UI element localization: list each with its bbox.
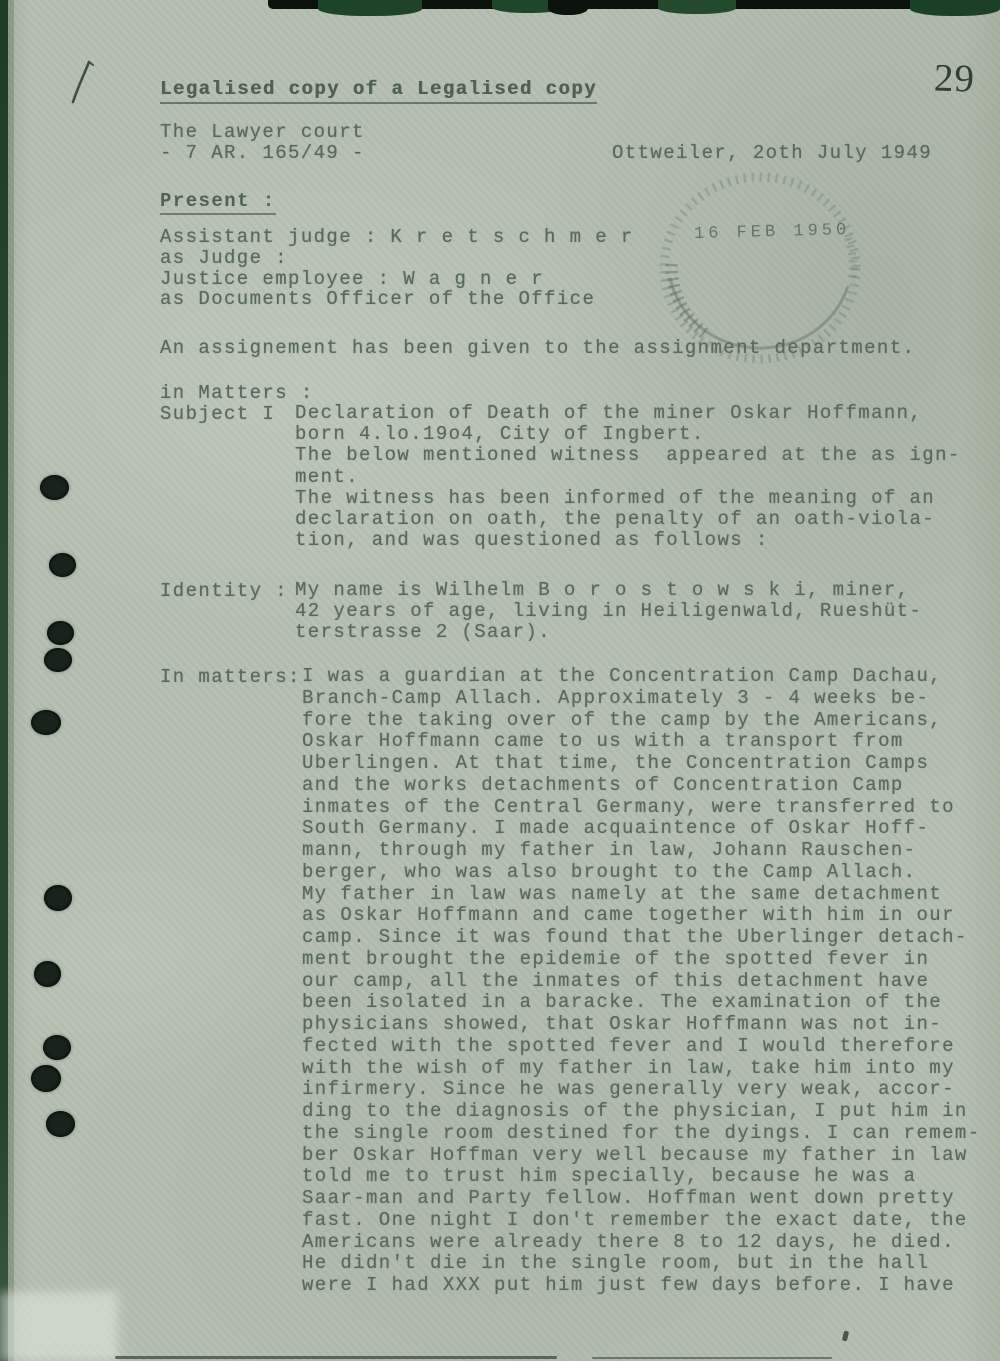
testimony-line: camp. Since it was found that the Uberli… — [302, 927, 981, 949]
scan-edge-bottom — [592, 1357, 832, 1359]
testimony-line: been isolated in a baracke. The examinat… — [302, 992, 981, 1014]
testimony-line: fore the taking over of the camp by the … — [302, 710, 981, 732]
testimony-line: ding to the diagnosis of the physician, … — [302, 1101, 981, 1123]
scan-edge-blob — [548, 0, 588, 15]
testimony-line: inmates of the Central Germany, were tra… — [302, 797, 981, 819]
testimony-line: Branch-Camp Allach. Approximately 3 - 4 … — [302, 688, 981, 710]
testimony-line: He didn't die in the single room, but in… — [302, 1253, 981, 1275]
punch-hole — [44, 648, 72, 672]
scan-edge-left — [0, 0, 8, 1361]
file-reference: - 7 AR. 165/49 - — [160, 142, 365, 164]
present-officials: Assistant judge : K r e t s c h m e r as… — [160, 227, 634, 310]
identity-text: My name is Wilhelm B o r o s t o w s k i… — [295, 580, 922, 643]
identity-line: terstrasse 2 (Saar). — [295, 622, 922, 643]
present-heading: Present : — [160, 190, 276, 215]
testimony-line: I was a guardian at the Concentration Ca… — [302, 666, 981, 688]
testimony-line: Saar-man and Party fellow. Hoffman went … — [302, 1188, 981, 1210]
subject-line: tion, and was questioned as follows : — [295, 530, 961, 551]
place-and-date: Ottweiler, 2oth July 1949 — [612, 142, 932, 164]
testimony-line: Americans were already there 8 to 12 day… — [302, 1232, 981, 1254]
testimony-line: infirmery. Since he was generally very w… — [302, 1079, 981, 1101]
document-page: 29 16 FEB 1950 Legalised copy of a Legal… — [0, 0, 1000, 1361]
punch-hole — [49, 553, 76, 577]
subject-line: declaration on oath, the penalty of an o… — [295, 509, 961, 530]
scan-edge-blob — [910, 0, 1000, 16]
testimony-line: berger, who was also brought to the Camp… — [302, 862, 981, 884]
official-line: Assistant judge : K r e t s c h m e r — [160, 227, 634, 248]
in-matters-label: In matters: — [160, 666, 301, 688]
punch-hole — [31, 710, 61, 735]
court-name: The Lawyer court — [160, 121, 365, 143]
subject-text: Declaration of Death of the miner Oskar … — [295, 403, 961, 551]
scan-edge-bottom — [115, 1356, 557, 1359]
testimony-line: were I had XXX put him just few days bef… — [302, 1275, 981, 1297]
testimony-text: I was a guardian at the Concentration Ca… — [302, 666, 981, 1297]
identity-line: My name is Wilhelm B o r o s t o w s k i… — [295, 580, 922, 601]
pen-mark — [64, 58, 102, 108]
punch-hole — [31, 1065, 61, 1092]
testimony-line: the single room destined for the dyings.… — [302, 1123, 981, 1145]
testimony-line: South Germany. I made acquaintence of Os… — [302, 818, 981, 840]
punch-hole — [34, 961, 61, 987]
scan-corner-light — [0, 1292, 118, 1361]
subject-line: Declaration of Death of the miner Oskar … — [295, 403, 961, 424]
scan-edge-blob — [318, 0, 422, 16]
testimony-line: Oskar Hoffmann came to us with a transpo… — [302, 731, 981, 753]
testimony-line: My father in law was namely at the same … — [302, 884, 981, 906]
testimony-line: ber Oskar Hoffman very well because my f… — [302, 1145, 981, 1167]
identity-line: 42 years of age, living in Heiligenwald,… — [295, 601, 922, 622]
scan-edge-left-shadow — [8, 0, 14, 1361]
page-number: 29 — [933, 55, 975, 101]
identity-label: Identity : — [160, 580, 288, 602]
punch-hole — [47, 621, 74, 645]
testimony-line: Uberlingen. At that time, the Concentrat… — [302, 753, 981, 775]
testimony-line: with the wish of my father in law, take … — [302, 1058, 981, 1080]
testimony-line: as Oskar Hoffmann and came together with… — [302, 905, 981, 927]
document-title: Legalised copy of a Legalised copy — [160, 78, 597, 104]
punch-hole — [46, 1111, 75, 1137]
punch-hole — [43, 1035, 71, 1060]
ink-dot — [842, 1331, 849, 1342]
subject-label: Subject I — [160, 403, 275, 425]
testimony-line: fected with the spotted fever and I woul… — [302, 1036, 981, 1058]
testimony-line: mann, through my father in law, Johann R… — [302, 840, 981, 862]
testimony-line: physicians showed, that Oskar Hoffmann w… — [302, 1014, 981, 1036]
testimony-line: fast. One night I don't remember the exa… — [302, 1210, 981, 1232]
testimony-line: ment brought the epidemie of the spotted… — [302, 949, 981, 971]
subject-line: The witness has been informed of the mea… — [295, 488, 961, 509]
testimony-line: told me to trust him specially, because … — [302, 1166, 981, 1188]
official-line: as Judge : — [160, 248, 634, 269]
testimony-line: and the works detachments of Concentrati… — [302, 775, 981, 797]
matters-heading: in Matters : — [160, 382, 314, 404]
official-line: Justice employee : W a g n e r — [160, 269, 634, 290]
subject-line: ment. — [295, 467, 961, 488]
testimony-line: our camp, all the inmates of this detach… — [302, 971, 981, 993]
subject-line: The below mentioned witness appeared at … — [295, 445, 961, 466]
punch-hole — [44, 885, 72, 911]
scan-edge-blob — [658, 0, 736, 14]
official-line: as Documents Officer of the Office — [160, 289, 634, 310]
assignment-note: An assignement has been given to the ass… — [160, 337, 915, 359]
subject-line: born 4.lo.19o4, City of Ingbert. — [295, 424, 961, 445]
punch-hole — [40, 475, 69, 500]
